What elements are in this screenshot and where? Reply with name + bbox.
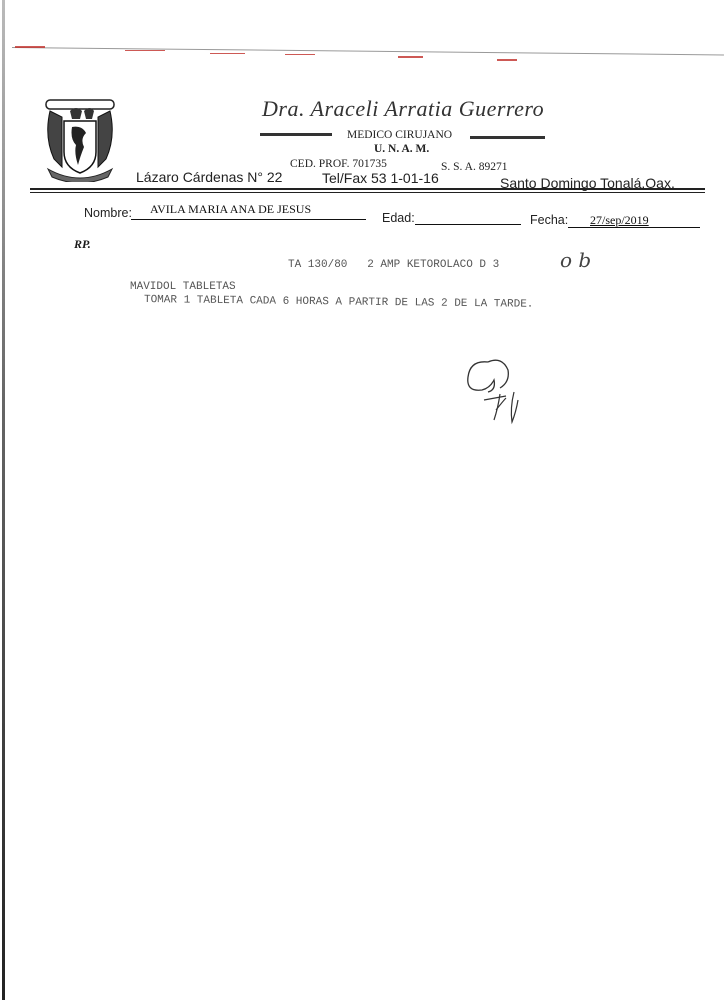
decorative-rule — [470, 136, 545, 139]
phone: Tel/Fax 53 1-01-16 — [322, 170, 439, 186]
patient-name: AVILA MARIA ANA DE JESUS — [150, 202, 311, 217]
medication: MAVIDOL TABLETAS — [130, 281, 236, 293]
header-rule — [30, 192, 705, 193]
date-line — [568, 227, 700, 228]
date-value: 27/sep/2019 — [590, 213, 649, 228]
name-label: Nombre: — [84, 206, 132, 220]
scan-edge — [2, 0, 5, 1000]
name-line — [131, 219, 366, 220]
red-mark — [125, 50, 165, 51]
date-label: Fecha: — [530, 213, 568, 227]
top-rule — [12, 47, 724, 55]
red-mark — [497, 59, 517, 61]
rp-label: RP. — [74, 237, 91, 252]
unam-coat-of-arms-icon — [40, 97, 120, 182]
age-line — [415, 224, 521, 225]
red-mark — [398, 56, 423, 58]
vitals-line: TA 130/80 2 AMP KETOROLACO D 3 — [288, 259, 499, 271]
red-mark — [210, 53, 245, 54]
age-label: Edad: — [382, 211, 415, 225]
doctor-name: Dra. Araceli Arratia Guerrero — [262, 96, 544, 122]
ced-prof: CED. PROF. 701735 — [290, 158, 387, 170]
handwritten-signature-icon — [460, 352, 545, 427]
red-mark — [285, 54, 315, 55]
address: Lázaro Cárdenas N° 22 — [136, 169, 282, 185]
specialty: MEDICO CIRUJANO — [347, 129, 452, 141]
header-rule — [30, 188, 705, 190]
decorative-rule — [260, 133, 332, 136]
ssa-number: S. S. A. 89271 — [441, 161, 507, 173]
instructions: TOMAR 1 TABLETA CADA 6 HORAS A PARTIR DE… — [144, 294, 534, 311]
handwritten-note: o b — [560, 248, 591, 272]
red-mark — [15, 46, 45, 48]
university: U. N. A. M. — [374, 143, 429, 155]
